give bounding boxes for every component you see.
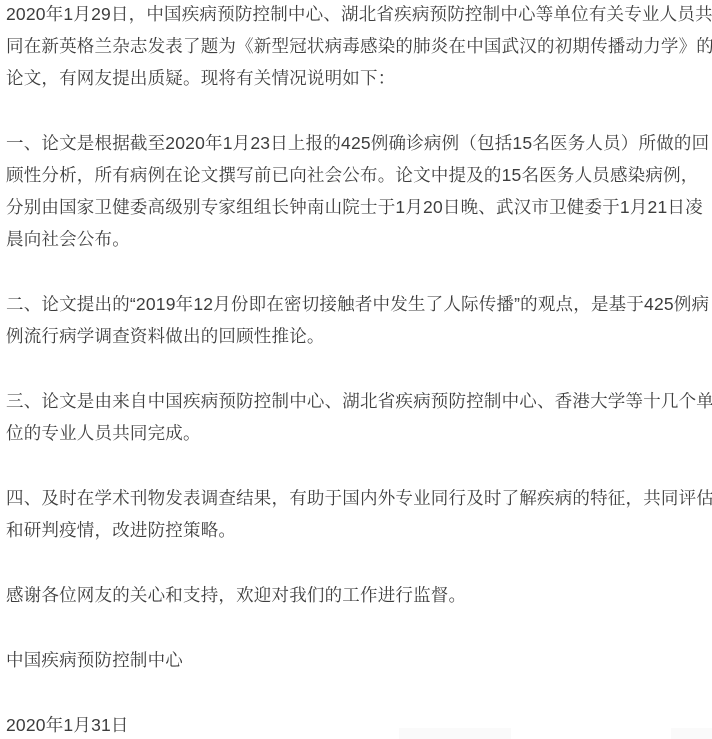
text-line: 论文，有网友提出质疑。现将有关情况说明如下： xyxy=(6,62,706,94)
paragraph-point-4: 四、及时在学术刊物发表调查结果，有助于国内外专业同行及时了解疾病的特征，共同评估… xyxy=(6,482,706,546)
text-line: 同在新英格兰杂志发表了题为《新型冠状病毒感染的肺炎在中国武汉的初期传播动力学》的 xyxy=(6,30,706,62)
text-line: 2020年1月31日 xyxy=(6,709,706,739)
text-line: 和研判疫情，改进防控策略。 xyxy=(6,514,706,546)
text-line: 例流行病学调查资料做出的回顾性推论。 xyxy=(6,320,706,352)
text-line: 分别由国家卫健委高级别专家组组长钟南山院士于1月20日晚、武汉市卫健委于1月21… xyxy=(6,191,706,223)
text-line: 二、论文提出的“2019年12月份即在密切接触者中发生了人际传播”的观点，是基于… xyxy=(6,288,706,320)
text-line: 位的专业人员共同完成。 xyxy=(6,417,706,449)
bottom-scrollbar-artifact xyxy=(671,728,712,739)
statement-document: 2020年1月29日，中国疾病预防控制中心、湖北省疾病预防控制中心等单位有关专业… xyxy=(0,0,712,739)
text-line: 一、论文是根据截至2020年1月23日上报的425例确诊病例（包括15名医务人员… xyxy=(6,127,706,159)
text-line: 三、论文是由来自中国疾病预防控制中心、湖北省疾病预防控制中心、香港大学等十几个单 xyxy=(6,385,706,417)
text-line: 四、及时在学术刊物发表调查结果，有助于国内外专业同行及时了解疾病的特征，共同评估 xyxy=(6,482,706,514)
date-line: 2020年1月31日 xyxy=(6,709,706,739)
paragraph-thanks: 感谢各位网友的关心和支持，欢迎对我们的工作进行监督。 xyxy=(6,579,706,611)
paragraph-point-1: 一、论文是根据截至2020年1月23日上报的425例确诊病例（包括15名医务人员… xyxy=(6,127,706,255)
signature-line: 中国疾病预防控制中心 xyxy=(6,644,706,676)
paragraph-point-2: 二、论文提出的“2019年12月份即在密切接触者中发生了人际传播”的观点，是基于… xyxy=(6,288,706,352)
paragraph-point-3: 三、论文是由来自中国疾病预防控制中心、湖北省疾病预防控制中心、香港大学等十几个单… xyxy=(6,385,706,449)
text-line: 中国疾病预防控制中心 xyxy=(6,644,706,676)
text-line: 感谢各位网友的关心和支持，欢迎对我们的工作进行监督。 xyxy=(6,579,706,611)
paragraph-intro: 2020年1月29日，中国疾病预防控制中心、湖北省疾病预防控制中心等单位有关专业… xyxy=(6,0,706,94)
bottom-scrollbar-artifact xyxy=(399,728,511,739)
text-line: 2020年1月29日，中国疾病预防控制中心、湖北省疾病预防控制中心等单位有关专业… xyxy=(6,0,706,30)
text-line: 晨向社会公布。 xyxy=(6,223,706,255)
text-line: 顾性分析，所有病例在论文撰写前已向社会公布。论文中提及的15名医务人员感染病例， xyxy=(6,159,706,191)
